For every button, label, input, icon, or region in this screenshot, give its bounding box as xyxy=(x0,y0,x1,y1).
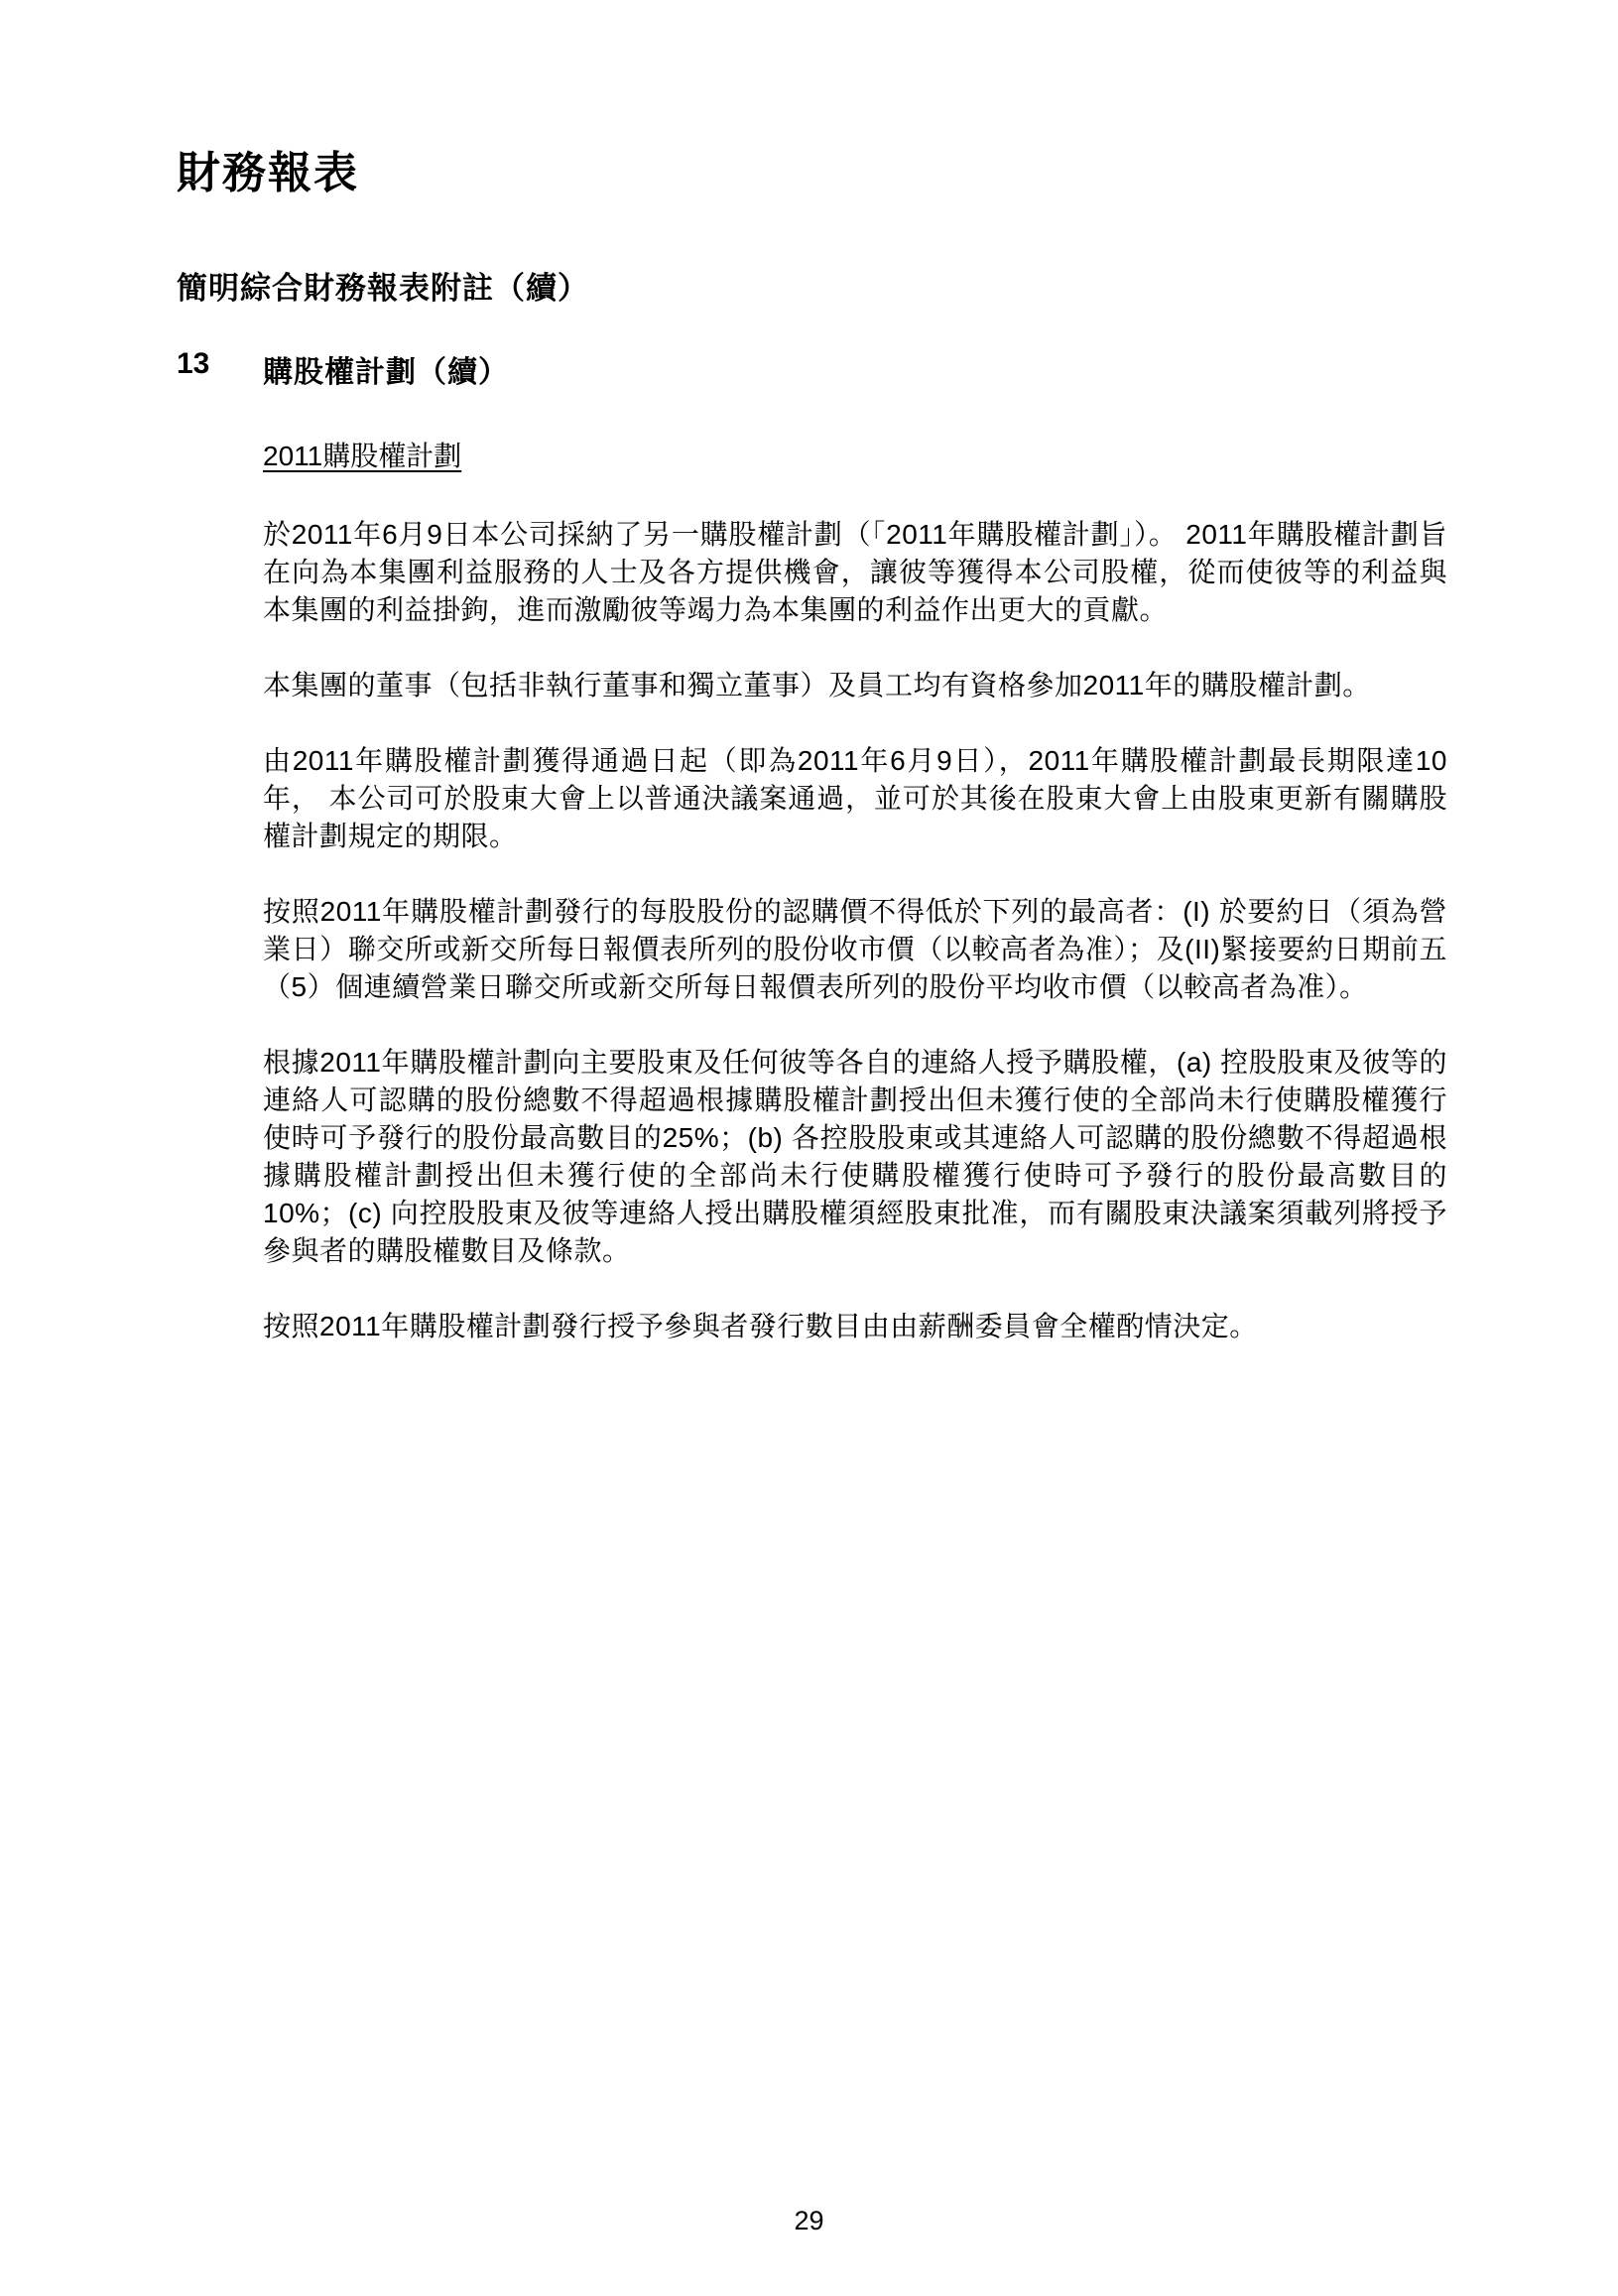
document-page: 財務報表 簡明綜合財務報表附註（續） 13 購股權計劃（續） 2011購股權計劃… xyxy=(0,0,1618,2296)
notes-subtitle: 簡明綜合財務報表附註（續） xyxy=(177,263,1447,308)
page-number: 29 xyxy=(0,2208,1618,2234)
page-content: 財務報表 簡明綜合財務報表附註（續） 13 購股權計劃（續） 2011購股權計劃… xyxy=(177,149,1447,1383)
section-title: 購股權計劃（續） xyxy=(263,347,509,391)
paragraph-grant-limits: 根據2011年購股權計劃向主要股東及任何彼等各自的連絡人授予購股權，(a) 控股… xyxy=(263,1044,1447,1270)
paragraph-duration: 由2011年購股權計劃獲得通過日起（即為2011年6月9日），2011年購股權計… xyxy=(263,742,1447,855)
plan-subheading: 2011購股權計劃 xyxy=(263,435,1447,474)
paragraph-adoption: 於2011年6月9日本公司採納了另一購股權計劃（「2011年購股權計劃」）。 2… xyxy=(263,516,1447,629)
paragraph-eligibility: 本集團的董事（包括非執行董事和獨立董事）及員工均有資格參加2011年的購股權計劃… xyxy=(263,667,1447,704)
paragraph-subscription-price: 按照2011年購股權計劃發行的每股股份的認購價不得低於下列的最高者：(I) 於要… xyxy=(263,893,1447,1006)
section-number: 13 xyxy=(177,347,263,381)
section-body: 2011購股權計劃 於2011年6月9日本公司採納了另一購股權計劃（「2011年… xyxy=(263,435,1447,1345)
section-heading: 13 購股權計劃（續） xyxy=(177,347,1447,391)
paragraph-remuneration-committee: 按照2011年購股權計劃發行授予參與者發行數目由由薪酬委員會全權酌情決定。 xyxy=(263,1308,1447,1345)
page-title: 財務報表 xyxy=(177,149,1447,199)
